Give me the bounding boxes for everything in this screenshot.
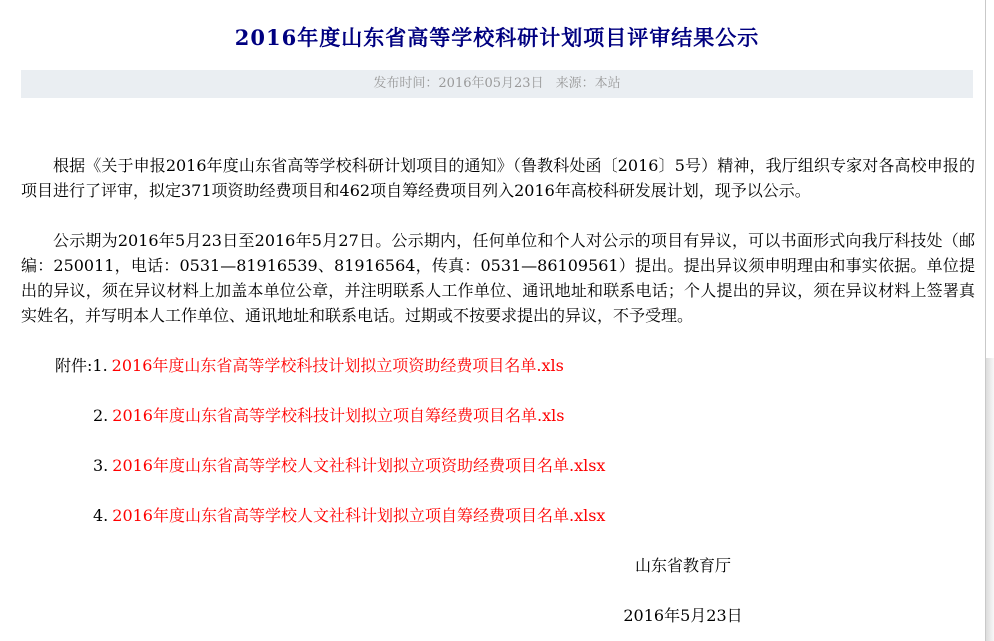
attachment-number-3: 3. — [93, 456, 108, 475]
attachment-row-1: 附件:1.2016年度山东省高等学校科技计划拟立项资助经费项目名单.xls — [21, 353, 975, 378]
scrollbar-thumb[interactable] — [986, 358, 994, 641]
attachment-number-2: 2. — [93, 406, 108, 425]
attachment-number-1: 1. — [92, 356, 107, 375]
source-value: 本站 — [595, 76, 621, 91]
paragraph-intro: 根据《关于申报2016年度山东省高等学校科研计划项目的通知》（鲁教科处函〔201… — [21, 153, 975, 203]
signature-date: 2016年5月23日 — [583, 603, 783, 628]
signature-org: 山东省教育厅 — [583, 553, 783, 578]
attachment-row-2: 2.2016年度山东省高等学校科技计划拟立项自筹经费项目名单.xls — [21, 403, 975, 428]
publish-time-label: 发布时间： — [373, 76, 438, 91]
article-body: 根据《关于申报2016年度山东省高等学校科研计划项目的通知》（鲁教科处函〔201… — [21, 153, 975, 628]
attachments-label: 附件: — [55, 356, 92, 375]
attachment-number-4: 4. — [93, 506, 108, 525]
paragraph-objection-rules: 公示期为2016年5月23日至2016年5月27日。公示期内，任何单位和个人对公… — [21, 228, 975, 328]
publish-time-value: 2016年05月23日 — [438, 76, 543, 91]
source-label: 来源： — [556, 76, 595, 91]
attachment-link-1[interactable]: 2016年度山东省高等学校科技计划拟立项资助经费项目名单.xls — [112, 356, 564, 375]
signature-block: 山东省教育厅 2016年5月23日 — [583, 553, 783, 628]
meta-bar: 发布时间：2016年05月23日来源：本站 — [21, 70, 973, 98]
attachment-link-2[interactable]: 2016年度山东省高等学校科技计划拟立项自筹经费项目名单.xls — [112, 406, 564, 425]
attachments-list: 附件:1.2016年度山东省高等学校科技计划拟立项资助经费项目名单.xls 2.… — [21, 353, 975, 528]
announcement-page: { "page": { "title": "2016年度山东省高等学校科研计划项… — [0, 0, 994, 641]
attachment-link-3[interactable]: 2016年度山东省高等学校人文社科计划拟立项资助经费项目名单.xlsx — [112, 456, 605, 475]
page-title: 2016年度山东省高等学校科研计划项目评审结果公示 — [0, 0, 994, 48]
attachment-row-4: 4.2016年度山东省高等学校人文社科计划拟立项自筹经费项目名单.xlsx — [21, 503, 975, 528]
attachment-row-3: 3.2016年度山东省高等学校人文社科计划拟立项资助经费项目名单.xlsx — [21, 453, 975, 478]
attachment-link-4[interactable]: 2016年度山东省高等学校人文社科计划拟立项自筹经费项目名单.xlsx — [112, 506, 605, 525]
